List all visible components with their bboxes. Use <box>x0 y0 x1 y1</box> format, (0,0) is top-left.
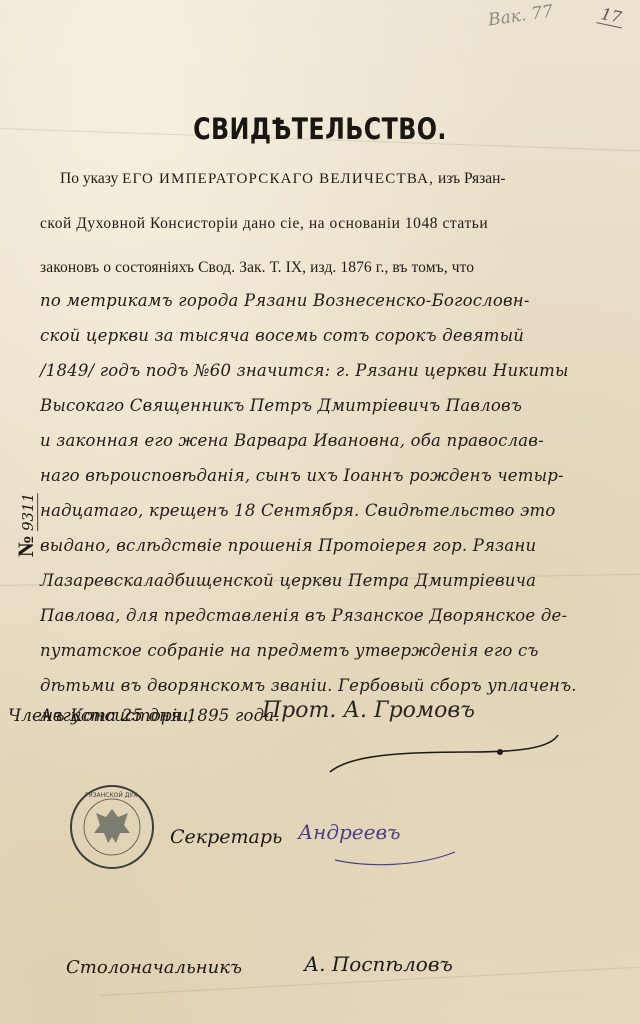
handwritten-line: по метрикамъ города Рязани Вознесенско-Б… <box>40 291 530 310</box>
signature-flourish <box>320 730 560 780</box>
registration-number-value: 9311 <box>19 493 38 531</box>
handwritten-line: ской церкви за тысяча восемь сотъ сорокъ… <box>40 326 524 345</box>
secretary-flourish <box>330 840 460 870</box>
certificate-page: Вак. 77 17 СВИДѢТЕЛЬСТВО. По указу ЕГО И… <box>0 0 640 1024</box>
handwritten-line: и законная его жена Варвара Ивановна, об… <box>40 431 544 450</box>
member-label: Членъ Консисторіи, <box>8 706 194 726</box>
printed-line-2: ской Духовной Консисторіи дано сіе, на о… <box>40 215 600 233</box>
handwritten-line: Высокаго Священникъ Петръ Дмитріевичъ Па… <box>40 396 522 415</box>
secretary-label: Секретарь <box>170 826 282 848</box>
double-headed-eagle-icon: РЯЗАНСКОЙ ДУХ. <box>72 787 152 867</box>
printed-line-1: По указу ЕГО ИМПЕРАТОРСКАГО ВЕЛИЧЕСТВА, … <box>60 170 620 188</box>
printed-line-3: законовъ о состояніяхъ Свод. Зак. Т. IX,… <box>40 259 600 277</box>
handwritten-line: наго вѣроисповѣданія, сынъ ихъ Іоаннъ ро… <box>40 466 564 485</box>
handwritten-line: /1849/ годъ подъ №60 значится: г. Рязани… <box>40 361 569 380</box>
member-signature: Прот. А. Громовъ <box>262 698 475 723</box>
sheet-number: 17 <box>596 3 626 28</box>
registration-number: №9311 <box>13 493 39 557</box>
archive-pencil-note: Вак. 77 <box>487 2 554 31</box>
consistory-seal: РЯЗАНСКОЙ ДУХ. <box>70 785 154 869</box>
handwritten-line: Лазаревскаладбищенской церкви Петра Дмит… <box>40 571 536 590</box>
imperial-title: ЕГО ИМПЕРАТОРСКАГО ВЕЛИЧЕСТВА, <box>122 171 434 187</box>
clerk-label: Столоначальникъ <box>66 957 242 978</box>
handwritten-line: выдано, вслѣдствіе прошенія Протоіерея г… <box>40 536 536 555</box>
handwritten-line: надцатаго, крещенъ 18 Сентября. Свидѣтел… <box>40 501 556 520</box>
handwritten-line: путатское собраніе на предметъ утвержден… <box>40 641 539 660</box>
handwritten-line: дѣтьми въ дворянскомъ званіи. Гербовый с… <box>40 676 577 695</box>
number-sign: № <box>13 535 38 557</box>
printed-text: изъ Рязан- <box>434 170 506 187</box>
printed-text: По указу <box>60 170 122 187</box>
handwritten-line: Павлова, для представленія въ Рязанское … <box>40 606 567 625</box>
document-title: СВИДѢТЕЛЬСТВО. <box>58 112 583 146</box>
clerk-signature: А. Поспѣловъ <box>304 952 453 976</box>
seal-text: РЯЗАНСКОЙ ДУХ. <box>85 792 139 799</box>
